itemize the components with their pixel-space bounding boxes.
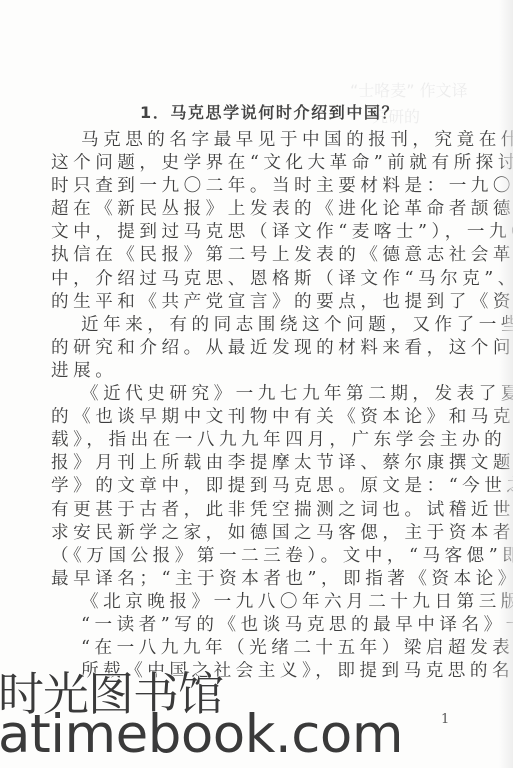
watermark-url: atimebook.com (0, 704, 403, 765)
text-line: 《近代史研究》一九七九年第二期，发表了夏良才同志 (51, 383, 457, 406)
text-line: “一读者”写的《也谈马克思的最早中译名》一文，认为： (51, 614, 457, 637)
text-line: 的《也谈早期中文刊物中有关《资本论》和马克思译名的记 (51, 406, 457, 429)
text-line: 的生平和《共产党宣言》的要点，也提到了《资本论》。 (51, 291, 457, 314)
book-page: “士咯麦” 作文译 究研的 1．马克思学说何时介绍到中国？ 马克思的名字最早见于… (0, 0, 513, 768)
text-line: 这个问题，史学界在“文化大革命”前就有所探讨。不过那 (51, 152, 457, 175)
text-line: 时只查到一九〇二年。当时主要材料是：一九〇二年，梁启 (51, 175, 457, 198)
text-line: 近年来，有的同志围绕这个问题，又作了一些比较系统 (51, 314, 457, 337)
text-line: 马克思的名字最早见于中国的报刊，究竟在什么时候？ (51, 129, 457, 152)
text-line: 载》，指出在一八九九年四月，广东学会主办的《万国公 (51, 429, 457, 452)
text-line: 报》月刊上所载由李提摩太节译、蔡尔康撰文题为《大同 (51, 452, 457, 475)
text-line: 最早译名；“主于资本者也”，即指著《资本论》而言。 (51, 568, 457, 591)
scan-edge-shadow (499, 0, 513, 768)
text-line: （《万国公报》第一二三卷）。文中，“马客偲”即马克思的 (51, 545, 457, 568)
bleed-through-text: “士咯麦” 作文译 (350, 78, 468, 101)
text-line: 超在《新民丛报》上发表的《进化论革命者颉德之学说》一 (51, 198, 457, 221)
section-heading: 1．马克思学说何时介绍到中国？ (140, 100, 399, 123)
text-line: 中，介绍过马克思、恩格斯（译文作“马尔克”、“嫣及尔”） (51, 268, 457, 291)
text-line: 学》的文章中，即提到马克思。原文是：“今世之争，恐将 (51, 475, 457, 498)
body-text: 马克思的名字最早见于中国的报刊，究竟在什么时候？ 这个问题，史学界在“文化大革命… (51, 129, 457, 683)
text-line: 求安民新学之家，如德国之马客偲，主于资本者也……” (51, 522, 457, 545)
text-line: 执信在《民报》第二号上发表的《德意志社会革命家小传》 (51, 244, 457, 267)
text-line: 的研究和介绍。从最近发现的材料来看，这个问题又有新的 (51, 337, 457, 360)
text-line: 《北京晚报》一九八〇年六月二十九日第三版，载署名 (51, 591, 457, 614)
text-line: 文中，提到过马克思（译文作“麦喀士”），一九〇六年，朱 (51, 221, 457, 244)
text-line: “在一八九九年（光绪二十五年）梁启超发表的《自由书》 (51, 637, 457, 660)
page-number: 1 (441, 712, 449, 727)
text-line: 进展。 (51, 360, 457, 383)
text-line: 有更甚于古者，此非凭空揣测之词也。试稽近世学派，有讲 (51, 499, 457, 522)
